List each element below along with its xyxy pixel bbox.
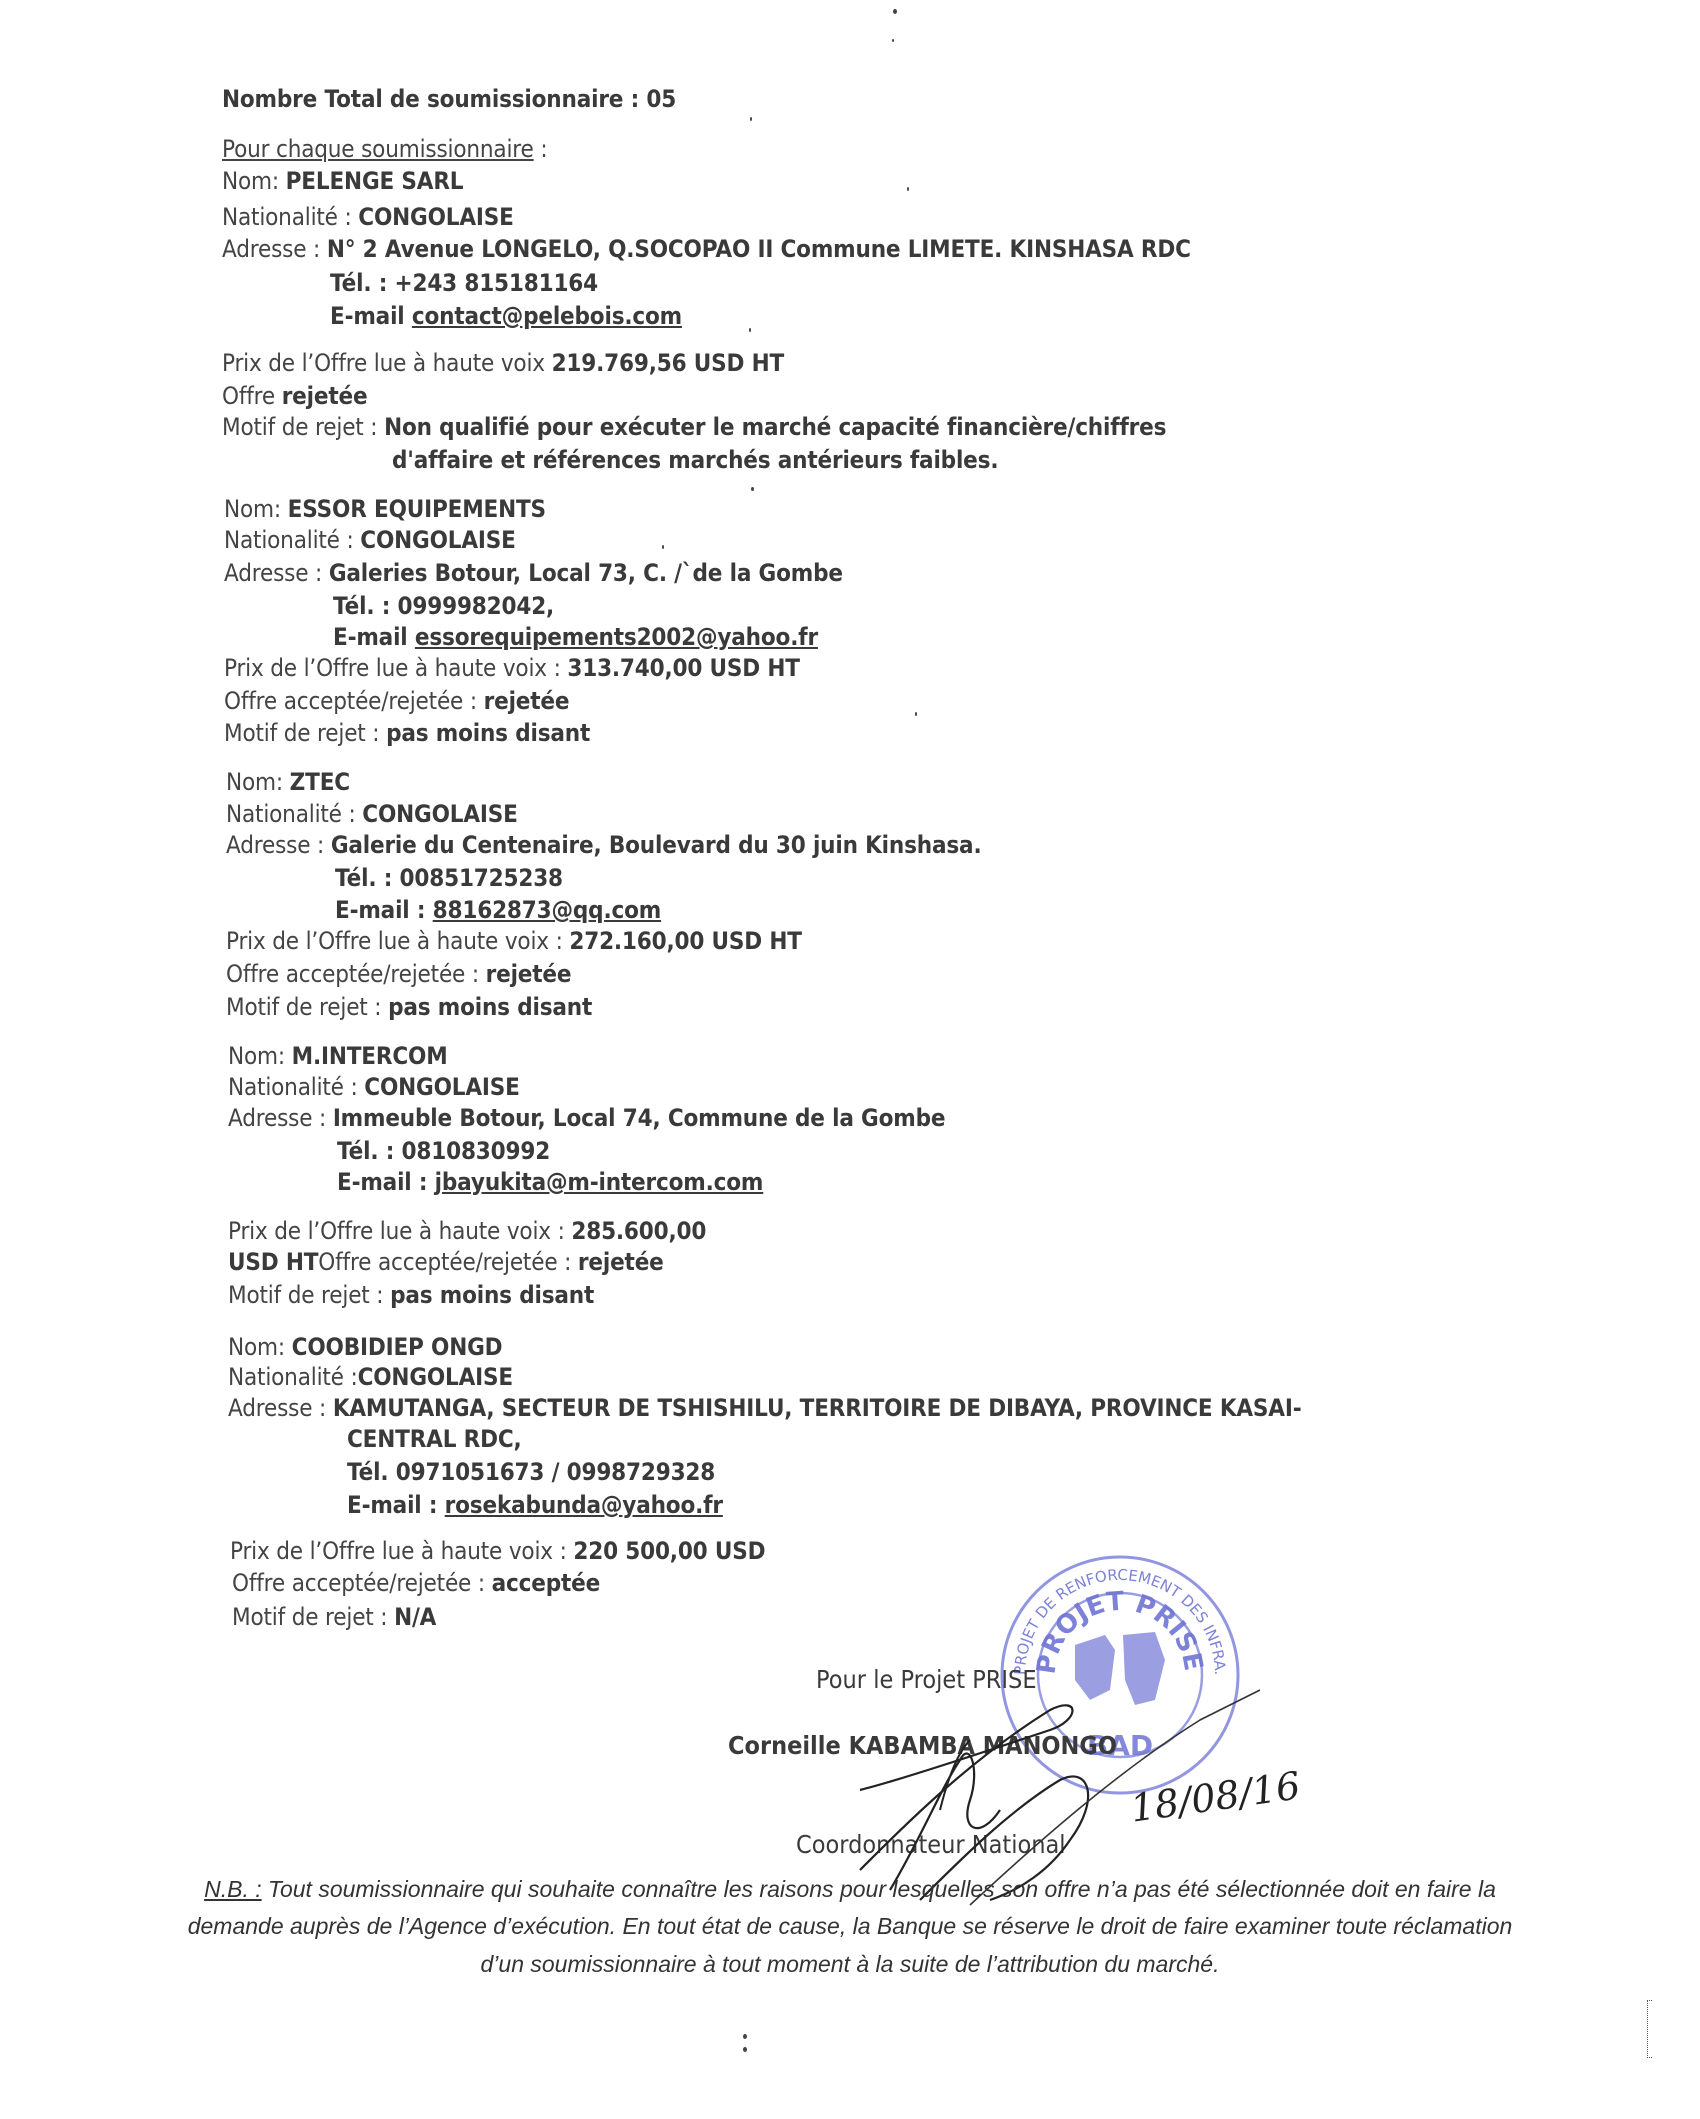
- name-label: Nom:: [228, 1333, 292, 1361]
- nationality-label: Nationalité :: [226, 800, 362, 828]
- address-label: Adresse :: [228, 1104, 333, 1132]
- status-row: USD HTOffre acceptée/rejetée : rejetée: [228, 1247, 664, 1277]
- tel-row: Tél. : 0810830992: [337, 1136, 550, 1166]
- tel-value: 0971051673 / 0998729328: [396, 1458, 715, 1486]
- tel-label: Tél. :: [337, 1137, 402, 1165]
- tel-value: 0999982042,: [398, 592, 555, 620]
- status-label: Offre acceptée/rejetée :: [232, 1569, 492, 1597]
- address-row: Adresse : N° 2 Avenue LONGELO, Q.SOCOPAO…: [222, 234, 1191, 264]
- bidder-name-row: Nom: ZTEC: [226, 767, 350, 797]
- scan-speck: [662, 545, 664, 549]
- price-label: Prix de l’Offre lue à haute voix :: [228, 1217, 571, 1245]
- bidder-name: ESSOR EQUIPEMENTS: [288, 495, 546, 523]
- price-row: Prix de l’Offre lue à haute voix : 272.1…: [226, 926, 802, 956]
- nationality-label: Nationalité :: [222, 203, 358, 231]
- bidder-name: ZTEC: [290, 768, 350, 796]
- scan-speck: [751, 487, 754, 491]
- status-label: Offre acceptée/rejetée :: [224, 687, 484, 715]
- email-row: E-mail : jbayukita@m-intercom.com: [337, 1167, 763, 1197]
- bidder-name: M.INTERCOM: [292, 1042, 448, 1070]
- status-row: Offre rejetée: [222, 381, 367, 411]
- nationality-value: CONGOLAISE: [362, 800, 517, 828]
- nationality-row: Nationalité :CONGOLAISE: [228, 1362, 513, 1392]
- price-row: Prix de l’Offre lue à haute voix : 285.6…: [228, 1216, 706, 1246]
- nationality-value: CONGOLAISE: [364, 1073, 519, 1101]
- status-value: rejetée: [282, 382, 368, 410]
- nationality-row: Nationalité : CONGOLAISE: [226, 799, 518, 829]
- reason-row: Motif de rejet : N/A: [232, 1602, 436, 1632]
- reason-row: Motif de rejet : pas moins disant: [224, 718, 590, 748]
- address-value: N° 2 Avenue LONGELO, Q.SOCOPAO II Commun…: [327, 235, 1191, 263]
- scan-speck: [749, 328, 751, 332]
- scan-speck: [750, 117, 752, 121]
- email-row: E-mail : rosekabunda@yahoo.fr: [347, 1490, 723, 1520]
- scan-speck: [915, 712, 917, 716]
- price-value: 313.740,00 USD HT: [567, 654, 799, 682]
- reason-label: Motif de rejet :: [224, 719, 386, 747]
- email-label: E-mail :: [337, 1168, 435, 1196]
- per-bidder-heading: Pour chaque soumissionnaire :: [222, 134, 547, 164]
- scan-speck: [893, 9, 897, 14]
- scan-bracket-mark: [1647, 2000, 1652, 2058]
- price-label: Prix de l’Offre lue à haute voix: [222, 349, 552, 377]
- status-row: Offre acceptée/rejetée : rejetée: [224, 686, 569, 716]
- tel-row: Tél. : +243 815181164: [330, 268, 598, 298]
- price-label: Prix de l’Offre lue à haute voix :: [224, 654, 567, 682]
- name-label: Nom:: [224, 495, 288, 523]
- reason-label: Motif de rejet :: [228, 1281, 390, 1309]
- reason-row: Motif de rejet : Non qualifié pour exécu…: [222, 412, 1166, 442]
- address-value: Galerie du Centenaire, Boulevard du 30 j…: [331, 831, 982, 859]
- price-row: Prix de l’Offre lue à haute voix : 220 5…: [230, 1536, 765, 1566]
- reason-label: Motif de rejet :: [232, 1603, 394, 1631]
- per-bidder-label: Pour chaque soumissionnaire: [222, 135, 534, 163]
- reason-value: Non qualifié pour exécuter le marché cap…: [384, 413, 1166, 441]
- email-link[interactable]: contact@pelebois.com: [412, 302, 682, 330]
- note-line-1: N.B. : Tout soumissionnaire qui souhaite…: [0, 1874, 1700, 1904]
- email-link[interactable]: essorequipements2002@yahoo.fr: [415, 623, 818, 651]
- price-value: 220 500,00 USD: [573, 1537, 765, 1565]
- reason-value: N/A: [394, 1603, 436, 1631]
- nationality-value: CONGOLAISE: [360, 526, 515, 554]
- reason-label: Motif de rejet :: [226, 993, 388, 1021]
- bidder-name-row: Nom: PELENGE SARL: [222, 166, 463, 196]
- tel-row: Tél. 0971051673 / 0998729328: [347, 1457, 715, 1487]
- email-link[interactable]: rosekabunda@yahoo.fr: [445, 1491, 723, 1519]
- nationality-row: Nationalité : CONGOLAISE: [222, 202, 514, 232]
- note-prefix: N.B. :: [204, 1876, 262, 1902]
- tel-label: Tél. :: [333, 592, 398, 620]
- email-label: E-mail :: [335, 896, 433, 924]
- price-label: Prix de l’Offre lue à haute voix :: [226, 927, 569, 955]
- total-bidders-heading: Nombre Total de soumissionnaire : 05: [222, 84, 676, 114]
- price-label: Prix de l’Offre lue à haute voix :: [230, 1537, 573, 1565]
- address-row: Adresse : Galeries Botour, Local 73, C. …: [224, 558, 843, 588]
- status-row: Offre acceptée/rejetée : acceptée: [232, 1568, 600, 1598]
- tel-value: 0810830992: [402, 1137, 551, 1165]
- email-row: E-mail : 88162873@qq.com: [335, 895, 661, 925]
- name-label: Nom:: [228, 1042, 292, 1070]
- email-label: E-mail: [330, 302, 412, 330]
- price-currency: USD HT: [228, 1248, 318, 1276]
- address-row: Adresse : Immeuble Botour, Local 74, Com…: [228, 1103, 945, 1133]
- address-label: Adresse :: [222, 235, 327, 263]
- status-value: rejetée: [486, 960, 572, 988]
- status-value: rejetée: [578, 1248, 664, 1276]
- bidder-name: COOBIDIEP ONGD: [292, 1333, 503, 1361]
- tel-label: Tél. :: [335, 864, 400, 892]
- nationality-label: Nationalité :: [224, 526, 360, 554]
- bidder-name-row: Nom: COOBIDIEP ONGD: [228, 1332, 502, 1362]
- price-value: 219.769,56 USD HT: [552, 349, 784, 377]
- status-row: Offre acceptée/rejetée : rejetée: [226, 959, 571, 989]
- tel-value: 00851725238: [400, 864, 563, 892]
- address-continued: CENTRAL RDC,: [347, 1424, 522, 1454]
- reason-value: pas moins disant: [388, 993, 592, 1021]
- price-value: 285.600,00: [571, 1217, 706, 1245]
- status-value: acceptée: [492, 1569, 600, 1597]
- bidder-name: PELENGE SARL: [286, 167, 464, 195]
- address-row: Adresse : Galerie du Centenaire, Bouleva…: [226, 830, 981, 860]
- name-label: Nom:: [226, 768, 290, 796]
- status-label: Offre acceptée/rejetée :: [318, 1248, 578, 1276]
- reason-value: pas moins disant: [390, 1281, 594, 1309]
- reason-row: Motif de rejet : pas moins disant: [228, 1280, 594, 1310]
- name-label: Nom:: [222, 167, 286, 195]
- tel-label: Tél. :: [330, 269, 395, 297]
- reason-continued: d'affaire et références marchés antérieu…: [392, 445, 998, 475]
- address-value: Galeries Botour, Local 73, C. /`de la Go…: [329, 559, 843, 587]
- tel-row: Tél. : 00851725238: [335, 863, 563, 893]
- reason-row: Motif de rejet : pas moins disant: [226, 992, 592, 1022]
- nationality-label: Nationalité :: [228, 1073, 364, 1101]
- address-label: Adresse :: [228, 1394, 333, 1422]
- tel-value: +243 815181164: [395, 269, 598, 297]
- scan-speck: [743, 2047, 747, 2052]
- nationality-row: Nationalité : CONGOLAISE: [224, 525, 516, 555]
- note-text-1: Tout soumissionnaire qui souhaite connaî…: [262, 1876, 1496, 1902]
- price-row: Prix de l’Offre lue à haute voix : 313.7…: [224, 653, 800, 683]
- scan-speck: [743, 2034, 747, 2039]
- price-value: 272.160,00 USD HT: [569, 927, 801, 955]
- bidder-name-row: Nom: ESSOR EQUIPEMENTS: [224, 494, 546, 524]
- scan-speck: [907, 187, 909, 191]
- email-row: E-mail contact@pelebois.com: [330, 301, 682, 331]
- reason-value: pas moins disant: [386, 719, 590, 747]
- email-label: E-mail :: [347, 1491, 445, 1519]
- nationality-value: CONGOLAISE: [358, 1363, 513, 1391]
- address-value: KAMUTANGA, SECTEUR DE TSHISHILU, TERRITO…: [333, 1394, 1302, 1422]
- note-line-2: demande auprès de l’Agence d’exécution. …: [0, 1911, 1700, 1941]
- nationality-label: Nationalité :: [228, 1363, 358, 1391]
- address-label: Adresse :: [226, 831, 331, 859]
- status-value: rejetée: [484, 687, 570, 715]
- email-row: E-mail essorequipements2002@yahoo.fr: [333, 622, 818, 652]
- note-line-3: d’un soumissionnaire à tout moment à la …: [0, 1949, 1700, 1979]
- email-link[interactable]: jbayukita@m-intercom.com: [435, 1168, 764, 1196]
- per-bidder-colon: :: [534, 135, 548, 163]
- email-link[interactable]: 88162873@qq.com: [433, 896, 661, 924]
- reason-label: Motif de rejet :: [222, 413, 384, 441]
- address-value: Immeuble Botour, Local 74, Commune de la…: [333, 1104, 946, 1132]
- scan-speck: [892, 39, 894, 42]
- address-label: Adresse :: [224, 559, 329, 587]
- nationality-row: Nationalité : CONGOLAISE: [228, 1072, 520, 1102]
- price-row: Prix de l’Offre lue à haute voix 219.769…: [222, 348, 784, 378]
- nationality-value: CONGOLAISE: [358, 203, 513, 231]
- email-label: E-mail: [333, 623, 415, 651]
- bidder-name-row: Nom: M.INTERCOM: [228, 1041, 448, 1071]
- tel-label: Tél.: [347, 1458, 396, 1486]
- status-label: Offre acceptée/rejetée :: [226, 960, 486, 988]
- address-row: Adresse : KAMUTANGA, SECTEUR DE TSHISHIL…: [228, 1393, 1301, 1423]
- status-label: Offre: [222, 382, 282, 410]
- tel-row: Tél. : 0999982042,: [333, 591, 554, 621]
